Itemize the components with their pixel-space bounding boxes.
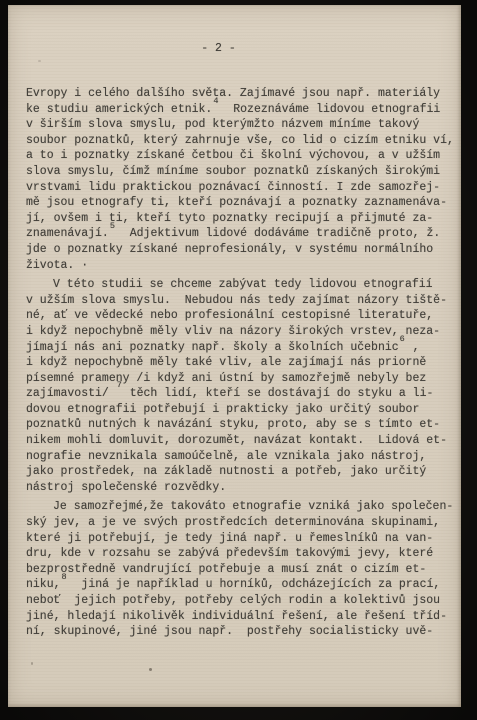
text-line: Evropy i celého dalšího světa. Zajímavé … [26,86,450,102]
text-line: jde o poznatky získané neprofesionály, v… [26,242,450,258]
text-line: života. · [26,258,450,274]
text-line: poznatků nutných k navázání styku, proto… [26,417,450,433]
paragraph: Evropy i celého dalšího světa. Zajímavé … [26,86,450,273]
paper-speck [38,60,41,62]
document-page: - 2 - Evropy i celého dalšího světa. Zaj… [8,5,461,707]
text-line: neboť jejich potřeby, potřeby celých rod… [26,593,450,609]
text-line: ke studiu amerických etnik.4 Rozeznáváme… [26,102,450,118]
text-line: dru, kde v rozsahu se zabývá především t… [26,546,450,562]
text-line: soubor poznatků, který zahrnuje vše, co … [26,133,450,149]
text-line: né, ať ve vědecké nebo profesionální ces… [26,308,450,324]
text-line: i když nepochybně měly také vliv, ale za… [26,355,450,371]
text-line: v užším slova smyslu. Nebudou nás tedy z… [26,293,450,309]
paper-speck [149,668,152,671]
text-line: Je samozřejmé,že takováto etnografie vzn… [26,499,450,515]
page-number: - 2 - [17,42,420,56]
text-line: jímají nás ani poznatky např. školy a šk… [26,340,450,356]
paragraph: V této studii se chceme zabývat tedy lid… [26,277,450,495]
text-line: V této studii se chceme zabývat tedy lid… [26,277,450,293]
text-line: mě jsou etnografy ti, kteří poznávají a … [26,195,450,211]
text-line: znamenávají.5 Adjektivum lidové dodáváme… [26,226,450,242]
text-line: a to i poznatky získané četbou či školní… [26,148,450,164]
text-line: písemné prameny /i když ani ústní by sam… [26,371,450,387]
text-line: v širším slova smyslu, pod kterýmžto náz… [26,117,450,133]
text-line: nografie nevznikala samoúčelně, ale vzni… [26,449,450,465]
text-line: niku,8 jiná je například u horníků, odch… [26,577,450,593]
text-line: ský jev, a je ve svých prostředcích dete… [26,515,450,531]
footnote-ref: 5 [110,221,115,231]
text-line: dovou etnografii potřebují i prakticky j… [26,402,450,418]
text-line: i když nepochybně měly vliv na názory ši… [26,324,450,340]
text-line: zajímavosti/ 7 těch lidí, kteří se dostá… [26,386,450,402]
paper-speck [31,662,33,665]
document-text: Evropy i celého dalšího světa. Zajímavé … [26,86,450,640]
paragraph: Je samozřejmé,že takováto etnografie vzn… [26,499,450,639]
footnote-ref: 7 [117,380,122,390]
footnote-ref: 4 [213,96,218,106]
text-line: jí, ovšem i ti, kteří tyto poznatky reci… [26,211,450,227]
text-line: které ji potřebují, je tedy jiná např. u… [26,531,450,547]
scanner-background: - 2 - Evropy i celého dalšího světa. Zaj… [0,0,477,720]
text-line: nástroj společenské rozvědky. [26,480,450,496]
text-line: jiné, hledají nikolivěk individuální řeš… [26,609,450,625]
text-line: slova smyslu, čímž míníme soubor poznatk… [26,164,450,180]
text-line: vrstvami lidu praktickou poznávací činno… [26,180,450,196]
text-line: jako prostředek, na základě nutnosti a p… [26,464,450,480]
text-line: ní, skupinové, jiné jsou např. postřehy … [26,624,450,640]
footnote-ref: 8 [62,572,67,582]
text-line: bezprostředně vandrující potřebuje a mus… [26,562,450,578]
footnote-ref: 6 [400,334,405,344]
text-line: nikem mohli domluvit, dorozumět, navázat… [26,433,450,449]
